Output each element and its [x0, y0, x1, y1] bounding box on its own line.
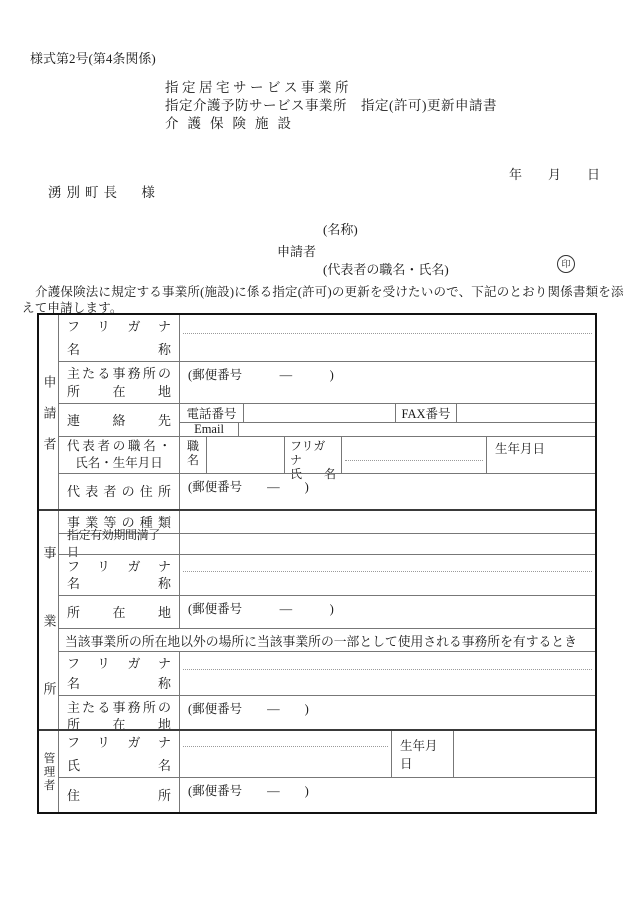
representative-caption: (代表者の職名・氏名) — [323, 259, 449, 278]
manager-section-label-cell: 管理者 — [39, 731, 59, 812]
tel-field — [244, 404, 396, 422]
applicant-caption: 申請者 — [277, 241, 316, 260]
branch-office-label-cell: 主たる事務所の 所在地 — [59, 696, 180, 731]
manager-name-field — [180, 731, 392, 777]
postal-code-caption: (郵便番号 ― ) — [180, 778, 595, 802]
form-number: 様式第2号(第4条関係) — [30, 48, 156, 67]
name-label: 氏名 — [67, 757, 171, 774]
manager-address-field: (郵便番号 ― ) — [180, 778, 595, 812]
email-subrow: Email — [180, 422, 595, 436]
furigana-label: フリガナ — [67, 558, 171, 575]
applicant-office-row: 主たる事務所の 所在地 (郵便番号 ― ) — [59, 361, 595, 403]
addressee-honorific: 様 — [141, 185, 155, 200]
expiry-label-cell: 指定有効期間満了日 — [59, 534, 180, 554]
applicant-name-label-cell: フリガナ 名称 — [59, 315, 180, 361]
postal-code-caption: (郵便番号 ― ) — [180, 696, 595, 720]
applicant-section-label: 申請者 — [40, 375, 58, 468]
expiry-date-row: 指定有効期間満了日 — [59, 533, 595, 554]
business-section-label: 事業所 — [40, 546, 58, 750]
branch-office-field: (郵便番号 ― ) — [180, 696, 595, 731]
applicant-name-field — [180, 315, 595, 361]
address-label: 住所 — [67, 787, 171, 804]
job-title-label: 職名 — [180, 437, 207, 473]
rep-name-label-cell: フリガナ 氏名 — [285, 437, 342, 473]
furigana-dotted-line — [183, 746, 388, 747]
job-title-field — [207, 437, 285, 473]
business-type-field — [180, 511, 595, 533]
office-address-label-cell: 主たる事務所の 所在地 — [59, 362, 180, 403]
manager-name-row: フリガナ 氏名 生年月日 — [59, 731, 595, 777]
name-label: 名称 — [67, 575, 171, 592]
title-line-3: 介護保険施設 — [165, 115, 497, 133]
date-line: 年 月 日 — [509, 164, 600, 183]
address-label: 所在地 — [67, 604, 171, 621]
contact-fields: 電話番号 FAX番号 Email — [180, 404, 595, 436]
expiry-field — [180, 534, 595, 554]
applicant-name-caption: (名称) — [323, 219, 358, 238]
representative-row: 代表者の職名・ 氏名・生年月日 職名 フリガナ 氏名 生年月日 — [59, 436, 595, 473]
furigana-label: フリガナ — [67, 734, 171, 751]
manager-address-label-cell: 住所 — [59, 778, 180, 812]
postal-code-caption: (郵便番号 ― ) — [180, 474, 595, 498]
name-label: 名称 — [67, 675, 171, 692]
rep-furigana-label: フリガナ — [290, 439, 336, 467]
tel-label: 電話番号 — [180, 404, 244, 422]
phone-fax-subrow: 電話番号 FAX番号 — [180, 404, 595, 422]
applicant-contact-row: 連絡先 電話番号 FAX番号 Email — [59, 403, 595, 436]
fax-label: FAX番号 — [396, 404, 457, 422]
form-page: 様式第2号(第4条関係) 指定居宅サービス事業所 指定介護予防サービス事業所 指… — [0, 0, 630, 915]
application-table: 申請者 フリガナ 名称 主たる事務所の 所在地 — [37, 313, 597, 814]
business-section-label-cell: 事業所 — [39, 511, 59, 729]
applicant-section-label-cell: 申請者 — [39, 315, 59, 509]
representative-address-row: 代表者の住所 (郵便番号 ― ) — [59, 473, 595, 509]
branch-office-row: 主たる事務所の 所在地 (郵便番号 ― ) — [59, 695, 595, 731]
manager-birthdate-label: 生年月日 — [392, 731, 454, 777]
furigana-label: フリガナ — [67, 655, 171, 672]
branch-note-row: 当該事業所の所在地以外の場所に当該事業所の一部として使用される事務所を有するとき — [59, 628, 595, 651]
rep-address-label: 代表者の住所 — [67, 483, 171, 500]
title-line-2: 指定介護予防サービス事業所 指定(許可)更新申請書 — [165, 97, 497, 115]
branch-name-label-cell: フリガナ 名称 — [59, 652, 180, 695]
addressee: 湧別町長 様 — [48, 181, 155, 201]
rep-name-field — [342, 437, 487, 473]
manager-birthdate-field — [454, 731, 595, 777]
seal-mark-icon: 印 — [557, 255, 575, 273]
fax-field — [457, 404, 595, 422]
branch-name-row: フリガナ 名称 — [59, 651, 595, 695]
business-section: 事業所 事業等の種類 指定有効期間満了日 フリガナ — [39, 509, 595, 729]
office-label-line1: 主たる事務所の — [67, 365, 171, 382]
business-name-field — [180, 555, 595, 595]
manager-section: 管理者 フリガナ 氏名 生年月日 住所 — [39, 729, 595, 812]
rep-label-line1: 代表者の職名・ — [67, 438, 171, 455]
manager-section-label: 管理者 — [40, 752, 58, 793]
postal-code-caption: (郵便番号 ― ) — [180, 596, 595, 620]
rep-address-field: (郵便番号 ― ) — [180, 474, 595, 509]
rep-birthdate-label: 生年月日 — [487, 437, 595, 473]
business-name-row: フリガナ 名称 — [59, 554, 595, 595]
furigana-label: フリガナ — [67, 318, 171, 335]
office-label-line2: 所在地 — [67, 383, 171, 400]
furigana-dotted-line — [183, 669, 592, 670]
applicant-name-row: フリガナ 名称 — [59, 315, 595, 361]
rep-address-label-cell: 代表者の住所 — [59, 474, 180, 509]
manager-address-row: 住所 (郵便番号 ― ) — [59, 777, 595, 812]
branch-name-field — [180, 652, 595, 695]
rep-furigana-dotted-line — [345, 460, 483, 461]
manager-name-label-cell: フリガナ 氏名 — [59, 731, 180, 777]
applicant-office-field: (郵便番号 ― ) — [180, 362, 595, 403]
email-label: Email — [180, 423, 239, 436]
branch-note: 当該事業所の所在地以外の場所に当該事業所の一部として使用される事務所を有するとき — [59, 629, 595, 651]
furigana-dotted-line — [183, 333, 592, 334]
title-line-1: 指定居宅サービス事業所 — [165, 79, 497, 97]
form-title: 指定居宅サービス事業所 指定介護予防サービス事業所 指定(許可)更新申請書 介護… — [165, 79, 497, 133]
office-label-line1: 主たる事務所の — [67, 699, 171, 716]
postal-code-caption: (郵便番号 ― ) — [180, 362, 595, 386]
rep-label-line2: 氏名・生年月日 — [67, 455, 171, 472]
applicant-section: 申請者 フリガナ 名称 主たる事務所の 所在地 — [39, 315, 595, 509]
business-name-label-cell: フリガナ 名称 — [59, 555, 180, 595]
addressee-name: 湧別町長 — [48, 185, 122, 200]
furigana-dotted-line — [183, 571, 592, 572]
representative-label-cell: 代表者の職名・ 氏名・生年月日 — [59, 437, 180, 473]
name-label: 名称 — [67, 341, 171, 358]
contact-label-cell: 連絡先 — [59, 404, 180, 436]
business-address-label-cell: 所在地 — [59, 596, 180, 628]
email-field — [239, 423, 595, 436]
business-address-row: 所在地 (郵便番号 ― ) — [59, 595, 595, 628]
business-address-field: (郵便番号 ― ) — [180, 596, 595, 628]
contact-label: 連絡先 — [67, 412, 171, 429]
